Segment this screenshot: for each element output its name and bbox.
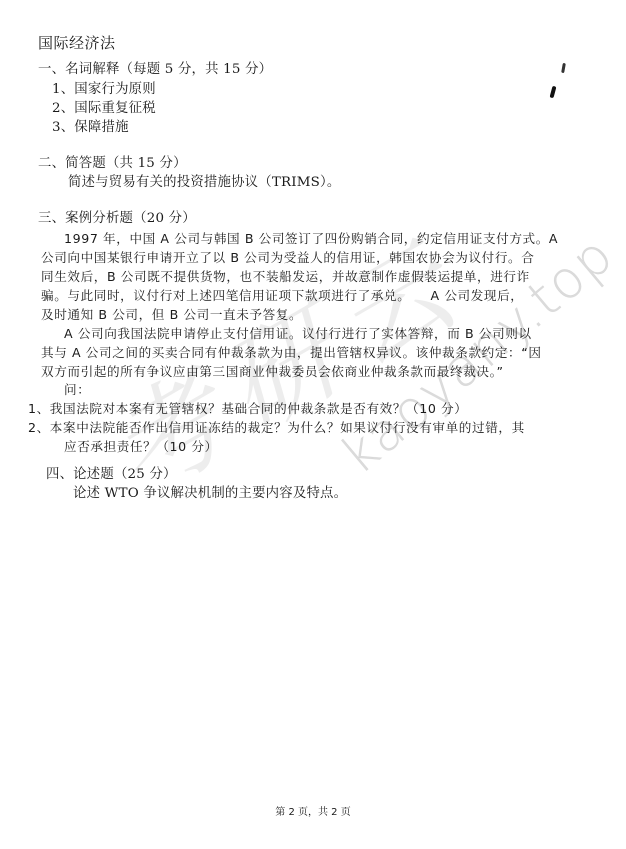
question-prompt: 问： (64, 381, 90, 399)
case-text-line: 及时通知 B 公司，但 B 公司一直未予答复。 (41, 306, 302, 324)
scan-mark (561, 63, 566, 73)
case-text-line: 其与 A 公司之间的买卖合同有仲裁条款为由，提出管辖权异议。该仲裁条款约定：“因 (41, 344, 542, 362)
question-item: 1、我国法院对本案有无管辖权？基础合同的仲裁条款是否有效？（10 分） (28, 400, 467, 418)
case-text-line: 双方而引起的所有争议应由第三国商业仲裁委员会依商业仲裁条款而最终裁决。” (41, 363, 504, 381)
case-text-line: 公司向中国某银行申请开立了以 B 公司为受益人的信用证，韩国农协会为议付行。合 (41, 249, 534, 267)
section-heading: 一、名词解释（每题 5 分，共 15 分） (38, 61, 272, 79)
question-item: 2、本案中法院能否作出信用证冻结的裁定？为什么？如果议付行没有审单的过错，其 (28, 419, 525, 437)
list-item: 简述与贸易有关的投资措施协议（TRIMS）。 (68, 174, 341, 192)
section-heading: 二、简答题（共 15 分） (38, 155, 187, 173)
case-text-line: 1997 年，中国 A 公司与韩国 B 公司签订了四份购销合同，约定信用证支付方… (64, 230, 558, 248)
case-text-line: 骗。与此同时，议付行对上述四笔信用证项下款项进行了承兑。 A 公司发现后， (41, 287, 524, 305)
list-item: 2、国际重复征税 (52, 100, 156, 118)
document-title: 国际经济法 (38, 34, 116, 52)
page-footer: 第 2 页，共 2 页 (0, 803, 626, 818)
case-text-line: A 公司向我国法院申请停止支付信用证。议付行进行了实体答辩，而 B 公司则以 (64, 325, 532, 343)
list-item: 3、保障措施 (52, 119, 129, 137)
section-heading: 四、论述题（25 分） (46, 466, 177, 484)
scan-mark (550, 86, 557, 99)
section-heading: 三、案例分析题（20 分） (38, 210, 196, 228)
case-text-line: 同生效后，B 公司既不提供货物，也不装船发运，并故意制作虚假装运提单，进行诈 (41, 268, 530, 286)
list-item: 论述 WTO 争议解决机制的主要内容及特点。 (73, 485, 347, 503)
question-item: 应否承担责任？（10 分） (64, 438, 218, 456)
list-item: 1、国家行为原则 (52, 81, 156, 99)
exam-page: 考研云 kaoyany.top 国际经济法 一、名词解释（每题 5 分，共 15… (0, 0, 626, 849)
